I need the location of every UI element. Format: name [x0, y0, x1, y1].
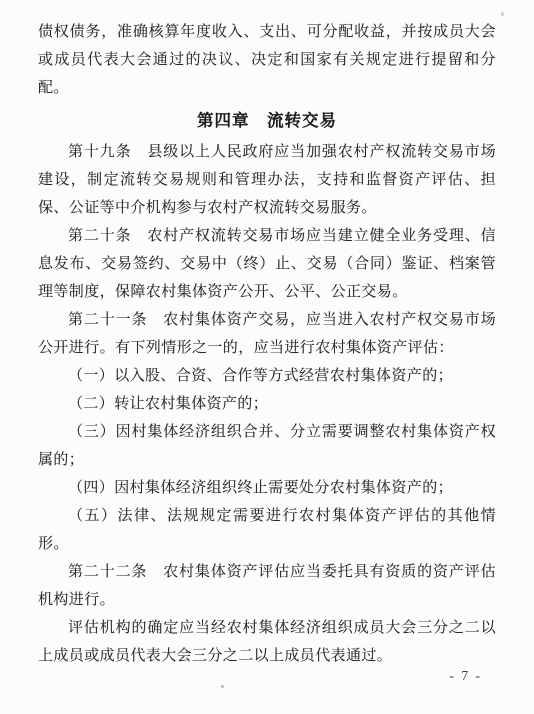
page-number: - 7 -: [450, 668, 483, 684]
para-evaluation-org: 评估机构的确定应当经农村集体经济组织成员大会三分之二以上成员或成员代表大会三分之…: [38, 614, 496, 670]
article-21-item-3: （三）因村集体经济组织合并、分立需要调整农村集体资产权属的；: [38, 418, 496, 474]
scanned-document-page: 债权债务，准确核算年度收入、支出、可分配收益，并按成员大会或成员代表大会通过的决…: [0, 0, 534, 714]
article-21-item-5: （五）法律、法规规定需要进行农村集体资产评估的其他情形。: [38, 502, 496, 558]
scan-speck: [501, 12, 504, 16]
article-21-item-2: （二）转让农村集体资产的；: [38, 390, 496, 418]
article-21-item-1: （一）以入股、合资、合作等方式经营农村集体资产的；: [38, 362, 496, 390]
article-20: 第二十条 农村产权流转交易市场应当建立健全业务受理、信息发布、交易签约、交易中（…: [38, 222, 496, 306]
document-body: 债权债务，准确核算年度收入、支出、可分配收益，并按成员大会或成员代表大会通过的决…: [38, 18, 496, 670]
chapter-heading: 第四章 流转交易: [38, 107, 496, 135]
scan-speck: [221, 685, 224, 688]
article-21-item-4: （四）因村集体经济组织终止需要处分农村集体资产的；: [38, 474, 496, 502]
para-continuation: 债权债务，准确核算年度收入、支出、可分配收益，并按成员大会或成员代表大会通过的决…: [38, 18, 496, 102]
article-19: 第十九条 县级以上人民政府应当加强农村产权流转交易市场建设，制定流转交易规则和管…: [38, 138, 496, 222]
article-21: 第二十一条 农村集体资产交易，应当进入农村产权交易市场公开进行。有下列情形之一的…: [38, 306, 496, 362]
article-22: 第二十二条 农村集体资产评估应当委托具有资质的资产评估机构进行。: [38, 558, 496, 614]
